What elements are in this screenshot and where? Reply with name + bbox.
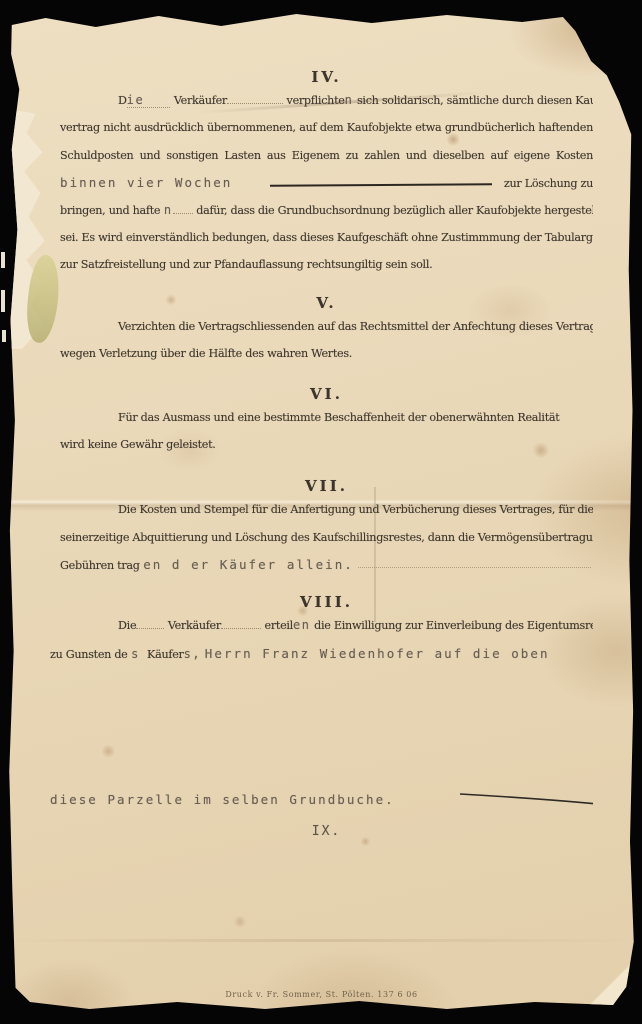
printed-text: Die [118, 619, 136, 632]
scanned-document: IV. Die Verkäufer verpflichten sich soli… [0, 0, 642, 1024]
paper-crease [8, 939, 635, 942]
section-heading-vii: VII. [60, 476, 593, 496]
text-line: Die Kosten und Stempel für die Anfertigu… [60, 496, 593, 523]
text-line: bringen, und hafte n dafür, dass die Gru… [60, 197, 593, 224]
text-line: Gebühren trag en d er Käufer allein. [60, 551, 593, 578]
typed-insertion: n [164, 203, 173, 217]
typed-insertion: ie [127, 93, 171, 108]
text-line: diese Parzelle im selben Grundbuche. [50, 785, 593, 814]
printed-text: sich solidarisch, sämtliche durch diesen… [357, 94, 593, 107]
ink-arrow [407, 785, 593, 814]
printed-text: Gebühren trag [60, 552, 140, 578]
typed-insertion: Herrn Franz Wiedenhofer auf die oben [205, 646, 550, 661]
ink-stroke [270, 183, 492, 187]
typed-text: diese Parzelle im selben Grundbuche. [50, 785, 395, 814]
text-line: Für das Ausmass und eine bestimmte Besch… [60, 404, 593, 431]
text-line: seinerzeitige Abquittierung und Löschung… [60, 524, 593, 551]
typed-insertion: en d er Käufer allein. [143, 551, 354, 578]
section-heading-iv: IV. [60, 67, 593, 87]
form-blank-line [136, 618, 164, 629]
text-line: Verzichten die Vertragschliessenden auf … [60, 313, 593, 340]
form-blank-line [227, 93, 283, 104]
text-line: Schuldposten und sonstigen Lasten aus Ei… [60, 142, 593, 169]
printed-text: die Einwilligung zur Einverleibung des E… [314, 619, 593, 632]
printed-text: D [118, 94, 127, 107]
printed-text: seinerzeitige Abquittierung und Löschung… [60, 531, 593, 544]
form-blank-line [358, 567, 591, 568]
printed-text: erteil [265, 619, 293, 632]
printed-text: bringen, und hafte [60, 204, 160, 217]
printed-text: Schuldposten und sonstigen Lasten aus Ei… [60, 149, 593, 162]
text-line: Gebührenrechtlich wird bmerkt,daß die Ve… [50, 842, 593, 871]
form-blank-line [221, 618, 261, 629]
text-line: wegen Verletzung über die Hälfte des wah… [60, 340, 593, 367]
paper-corner-fold [573, 940, 635, 1012]
text-line: näher bezeichnete Parzelle No. 1084 Acke… [50, 667, 593, 696]
typed-insertion: binnen vier Wochen [60, 169, 258, 196]
text-line: vertrag nicht ausdrücklich übernommenen,… [60, 114, 593, 141]
printed-text: zur Satzfreistellung und zur Pfandauflas… [60, 258, 432, 271]
printer-imprint: Druck v. Fr. Sommer, St. Pölten. 137 6 0… [8, 990, 635, 999]
typed-insertion: s [131, 647, 140, 661]
printed-text: Käufer [147, 648, 184, 661]
printed-text: sei. Es wird einverständlich bedungen, d… [60, 231, 593, 244]
scan-edge-artifact [1, 252, 5, 268]
text-line: zur Satzfreistellung und zur Pfandauflas… [60, 251, 593, 278]
form-blank-line [173, 202, 193, 213]
text-line: 32 und zur Eröffnung einer neuen Grundbu… [50, 755, 593, 784]
document-body: IV. Die Verkäufer verpflichten sich soli… [8, 9, 635, 901]
text-line: herigen Abschreibung derselben vom Gutsb… [50, 697, 593, 726]
typed-insertion: en [293, 618, 311, 632]
text-line: binnen vier Wochen zur Löschung zu [60, 169, 593, 196]
printed-text: verpflichte [287, 94, 345, 107]
printed-text: vertrag nicht ausdrücklich übernommenen,… [60, 121, 593, 134]
text-line: Die Verkäufer verpflichten sich solidari… [60, 87, 593, 114]
printed-text: Für das Ausmass und eine bestimmte Besch… [118, 411, 559, 424]
printed-text: Verzichten die Vertragschliessenden auf … [118, 320, 593, 333]
section-heading-ix: IX. [60, 822, 593, 842]
scan-edge-artifact [1, 290, 5, 312]
typed-insertion: n [345, 93, 354, 107]
section-heading-vi: VI. [60, 384, 593, 404]
printed-text: Verkäufer [174, 94, 227, 107]
printed-text: zu Gunsten de [50, 648, 128, 661]
typed-insertion: s, [184, 647, 202, 661]
printed-text: Verkäufer [168, 619, 221, 632]
text-line: ses No.26 in Moosbirbaum,Grundbuch Moosb… [50, 726, 593, 755]
printed-text: zur Löschung zu [504, 170, 593, 196]
text-line: wird keine Gewähr geleistet. [60, 431, 593, 458]
paper-sheet: IV. Die Verkäufer verpflichten sich soli… [8, 9, 635, 1012]
text-line: Parzelle bisher selbst bearbeitet haben … [50, 872, 593, 901]
scan-edge-artifact [2, 330, 6, 342]
section-heading-viii: VIII. [60, 592, 593, 612]
printed-text: Die Kosten und Stempel für die Anfertigu… [118, 503, 593, 516]
text-line: Die Verkäufer erteilen die Einwilligung … [60, 612, 593, 639]
printed-text: dafür, dass die Grundbuchsordnung bezügl… [196, 204, 593, 217]
text-line: zu Gunsten de s Käufers, Herrn Franz Wie… [50, 640, 593, 667]
printed-text: wird keine Gewähr geleistet. [60, 438, 216, 451]
text-line: sei. Es wird einverständlich bedungen, d… [60, 224, 593, 251]
printed-text: wegen Verletzung über die Hälfte des wah… [60, 347, 352, 360]
section-heading-v: V. [60, 293, 593, 313]
